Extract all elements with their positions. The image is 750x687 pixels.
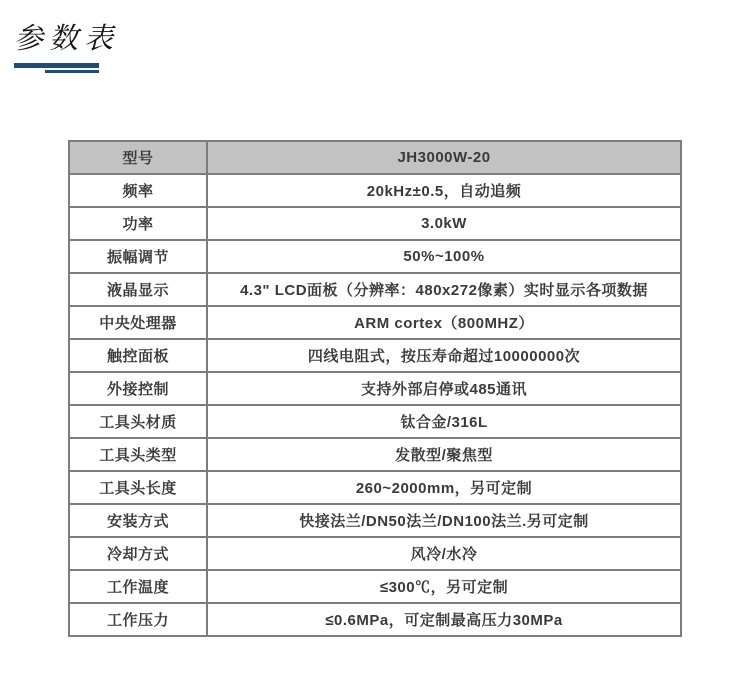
spec-label: 液晶显示: [69, 273, 207, 306]
table-row: 功率 3.0kW: [69, 207, 681, 240]
spec-label: 工具头材质: [69, 405, 207, 438]
table-row: 工作温度 ≤300℃，另可定制: [69, 570, 681, 603]
spec-value: 风冷/水冷: [207, 537, 681, 570]
spec-header-value-cell: JH3000W-20: [207, 141, 681, 174]
spec-label: 中央处理器: [69, 306, 207, 339]
spec-value: ≤0.6MPa，可定制最高压力30MPa: [207, 603, 681, 636]
table-row: 工具头类型 发散型/聚焦型: [69, 438, 681, 471]
table-row: 安装方式 快接法兰/DN50法兰/DN100法兰.另可定制: [69, 504, 681, 537]
table-row: 中央处理器 ARM cortex（800MHZ）: [69, 306, 681, 339]
spec-value: 3.0kW: [207, 207, 681, 240]
spec-label: 工作温度: [69, 570, 207, 603]
spec-value: 支持外部启停或485通讯: [207, 372, 681, 405]
table-row: 外接控制 支持外部启停或485通讯: [69, 372, 681, 405]
table-row: 工作压力 ≤0.6MPa，可定制最高压力30MPa: [69, 603, 681, 636]
spec-label: 外接控制: [69, 372, 207, 405]
spec-label: 频率: [69, 174, 207, 207]
spec-label: 功率: [69, 207, 207, 240]
spec-label: 冷却方式: [69, 537, 207, 570]
spec-value: 快接法兰/DN50法兰/DN100法兰.另可定制: [207, 504, 681, 537]
spec-label: 触控面板: [69, 339, 207, 372]
title-underline-primary: [14, 63, 99, 68]
spec-value: ARM cortex（800MHZ）: [207, 306, 681, 339]
table-row: 频率 20kHz±0.5，自动追频: [69, 174, 681, 207]
spec-header-label-cell: 型号: [69, 141, 207, 174]
table-row: 触控面板 四线电阻式，按压寿命超过10000000次: [69, 339, 681, 372]
title-underline-secondary: [45, 70, 99, 73]
spec-value: 发散型/聚焦型: [207, 438, 681, 471]
spec-value: 四线电阻式，按压寿命超过10000000次: [207, 339, 681, 372]
page-title: 参数表: [14, 20, 119, 56]
table-row: 工具头材质 钛合金/316L: [69, 405, 681, 438]
table-row: 工具头长度 260~2000mm，另可定制: [69, 471, 681, 504]
spec-value: 50%~100%: [207, 240, 681, 273]
spec-label: 工作压力: [69, 603, 207, 636]
spec-label: 工具头类型: [69, 438, 207, 471]
table-row: 冷却方式 风冷/水冷: [69, 537, 681, 570]
spec-value: 4.3" LCD面板（分辨率：480x272像素）实时显示各项数据: [207, 273, 681, 306]
table-row: 液晶显示 4.3" LCD面板（分辨率：480x272像素）实时显示各项数据: [69, 273, 681, 306]
spec-value: 260~2000mm，另可定制: [207, 471, 681, 504]
spec-label: 安装方式: [69, 504, 207, 537]
spec-label: 工具头长度: [69, 471, 207, 504]
spec-value: 20kHz±0.5，自动追频: [207, 174, 681, 207]
table-header-row: 型号 JH3000W-20: [69, 141, 681, 174]
table-row: 振幅调节 50%~100%: [69, 240, 681, 273]
spec-value: ≤300℃，另可定制: [207, 570, 681, 603]
spec-value: 钛合金/316L: [207, 405, 681, 438]
title-block: 参数表: [14, 20, 119, 56]
spec-table: 型号 JH3000W-20 频率 20kHz±0.5，自动追频 功率 3.0kW…: [68, 140, 682, 637]
spec-label: 振幅调节: [69, 240, 207, 273]
